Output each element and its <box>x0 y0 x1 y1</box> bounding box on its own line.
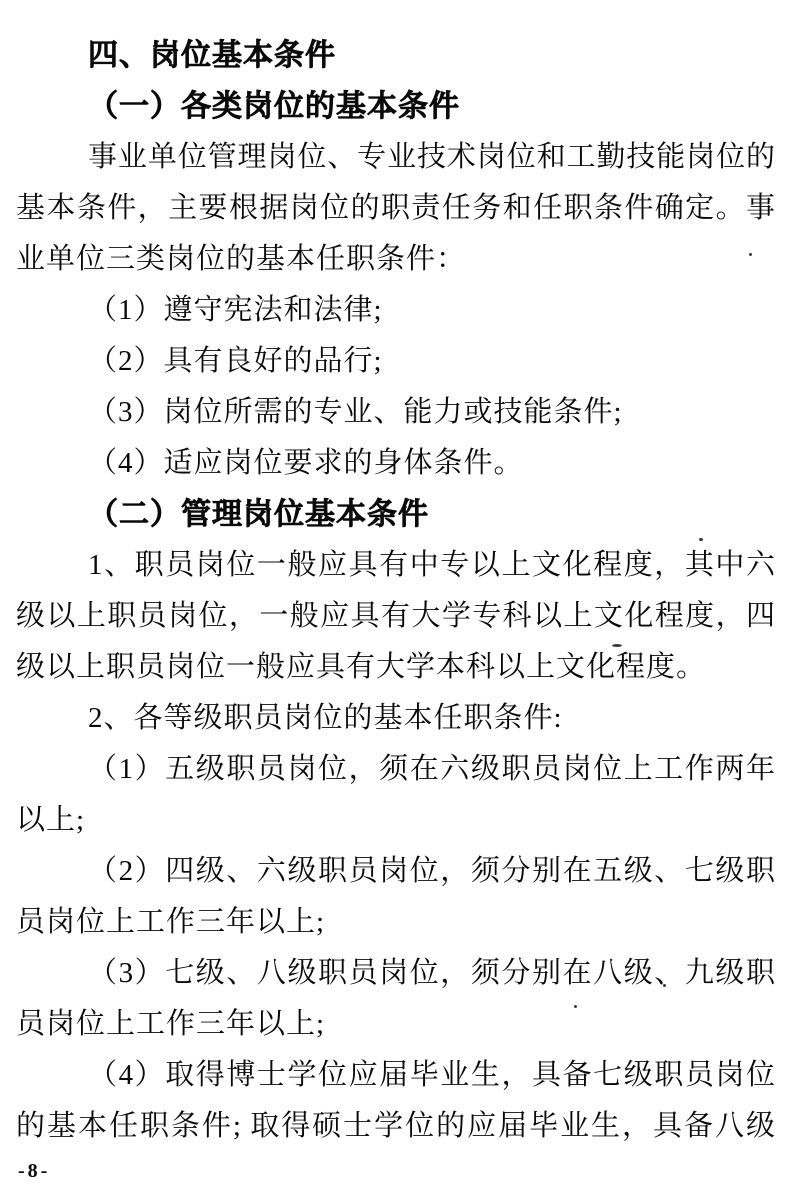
text-line: 员岗位上工作三年以上; <box>16 897 775 948</box>
text-line: 的基本任职条件; 取得硕士学位的应届毕业生，具备八级 <box>16 1101 775 1152</box>
text-line: （4）取得博士学位应届毕业生，具备七级职员岗位 <box>16 1050 775 1101</box>
text-line: 级以上职员岗位一般应具有大学本科以上文化程度。 <box>16 642 775 693</box>
document-body: 四、岗位基本条件（一）各类岗位的基本条件事业单位管理岗位、专业技术岗位和工勤技能… <box>16 30 775 1152</box>
text-line: （1）五级职员岗位，须在六级职员岗位上工作两年 <box>16 744 775 795</box>
scan-speck <box>663 984 666 987</box>
text-line: 业单位三类岗位的基本任职条件： <box>16 234 775 285</box>
scan-speck <box>574 1005 577 1008</box>
scan-speck <box>749 253 752 256</box>
heading-line: （二）管理岗位基本条件 <box>16 489 775 540</box>
text-line: 级以上职员岗位，一般应具有大学专科以上文化程度，四 <box>16 591 775 642</box>
scan-speck <box>699 538 703 541</box>
page-number: -8- <box>18 1160 50 1183</box>
text-line: 基本条件，主要根据岗位的职责任务和任职条件确定。事 <box>16 183 775 234</box>
text-line: （3）七级、八级职员岗位，须分别在八级、九级职 <box>16 948 775 999</box>
text-line: （2）四级、六级职员岗位，须分别在五级、七级职 <box>16 846 775 897</box>
heading-line: 四、岗位基本条件 <box>16 30 775 81</box>
scan-speck <box>331 312 334 315</box>
heading-line: （一）各类岗位的基本条件 <box>16 81 775 132</box>
text-line: （2）具有良好的品行; <box>16 336 775 387</box>
scan-speck <box>612 644 622 647</box>
text-line: （1）遵守宪法和法律; <box>16 285 775 336</box>
text-line: 事业单位管理岗位、专业技术岗位和工勤技能岗位的 <box>16 132 775 183</box>
text-line: 1、职员岗位一般应具有中专以上文化程度，其中六 <box>16 540 775 591</box>
text-line: 员岗位上工作三年以上; <box>16 999 775 1050</box>
text-line: 以上; <box>16 795 775 846</box>
text-line: 2、各等级职员岗位的基本任职条件: <box>16 693 775 744</box>
scanned-document-page: 四、岗位基本条件（一）各类岗位的基本条件事业单位管理岗位、专业技术岗位和工勤技能… <box>0 0 800 1202</box>
text-line: （3）岗位所需的专业、能力或技能条件; <box>16 387 775 438</box>
text-line: （4）适应岗位要求的身体条件。 <box>16 438 775 489</box>
